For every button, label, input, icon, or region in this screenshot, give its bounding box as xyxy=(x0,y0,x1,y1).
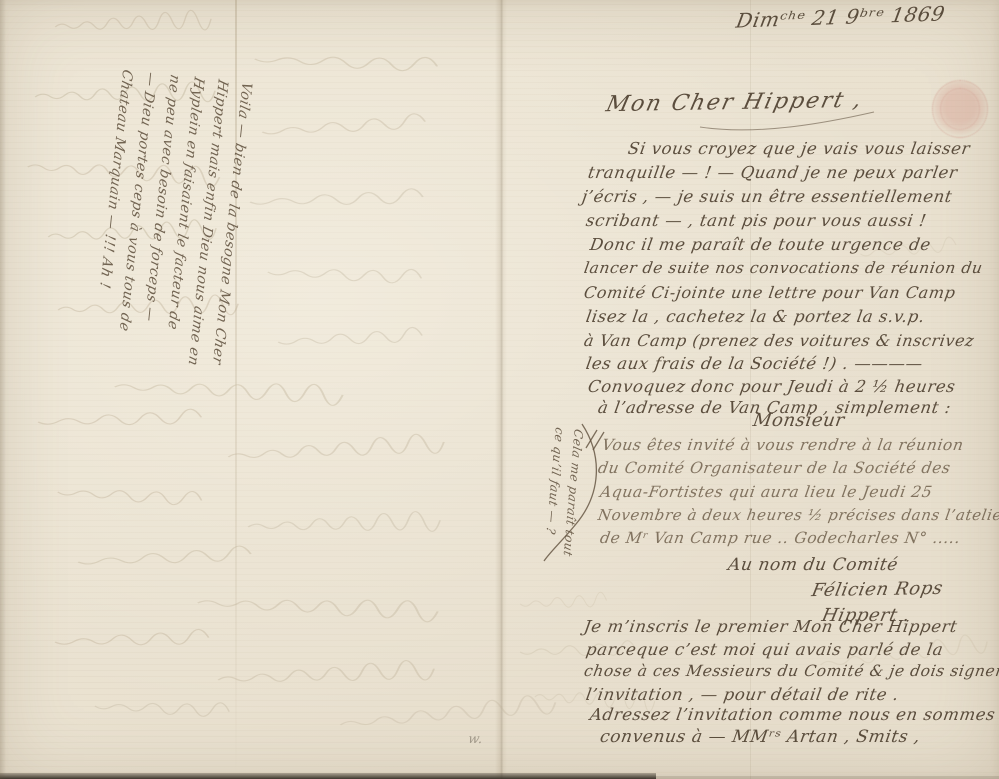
letter-line: à Van Camp (prenez des voitures & inscri… xyxy=(583,332,976,350)
letter-date: Dimᶜʰᵉ 21 9ᵇʳᵉ 1869 xyxy=(734,2,947,32)
letter-line: Si vous croyez que je vais vous laisser xyxy=(626,140,971,159)
letter-line: parceque c’est moi qui avais parlé de la xyxy=(584,641,944,660)
invitation-line: de Mʳ Van Camp rue .. Godecharles N° ...… xyxy=(599,530,962,548)
center-fold-crease xyxy=(495,0,507,779)
margin-note-left: Voila — bien de la besogne Mon Cher Hipp… xyxy=(82,68,259,366)
letter-line: scribant — , tant pis pour vous aussi ! xyxy=(584,212,927,231)
letter-line: convenus à — MMʳˢ Artan , Smits , xyxy=(598,728,921,748)
letter-line: Adressez l’invitation comme nous en somm… xyxy=(588,706,996,725)
letter-line: Donc il me paraît de toute urgence de xyxy=(588,236,932,255)
letter-line: les aux frais de la Société !) . ———— xyxy=(584,355,924,374)
letter-line: Comité Ci-jointe une lettre pour Van Cam… xyxy=(583,284,957,302)
bottom-scan-edge xyxy=(0,773,656,779)
pencil-mark: w. xyxy=(467,733,484,748)
letter-salutation: Mon Cher Hippert , xyxy=(604,88,866,118)
signature-felicien-rops: Félicien Rops xyxy=(810,579,945,602)
letter-line: j’écris , — je suis un être essentiellem… xyxy=(580,188,953,207)
invitation-line: Vous êtes invité à vous rendre à la réun… xyxy=(601,437,965,455)
letter-line: chose à ces Messieurs du Comité & je doi… xyxy=(583,663,999,681)
invitation-heading: Monsieur xyxy=(751,411,846,432)
left-scan-edge xyxy=(0,0,6,779)
invitation-closing: Au nom du Comité xyxy=(726,556,899,576)
letter-line: lisez la , cachetez la & portez la s.v.p… xyxy=(584,308,926,327)
invitation-line: Aqua-Fortistes qui aura lieu le Jeudi 25 xyxy=(599,484,934,502)
invitation-line: Novembre à deux heures ½ précises dans l… xyxy=(597,507,999,524)
letter-line: Je m’inscris le premier Mon Cher Hippert xyxy=(582,618,958,637)
letter-line: tranquille — ! — Quand je ne peux parler xyxy=(586,164,958,183)
invitation-line: du Comité Organisateur de la Société des xyxy=(597,460,952,478)
letter-line: Convoquez donc pour Jeudi à 2 ½ heures xyxy=(586,378,956,397)
letter-scan: Dimᶜʰᵉ 21 9ᵇʳᵉ 1869 Mon Cher Hippert , S… xyxy=(0,0,999,779)
letter-line: l’invitation , — pour détail de rite . xyxy=(584,686,900,705)
red-circular-collection-stamp xyxy=(932,80,988,138)
margin-note-right: Cela me paraît tout ce qu’il faut — ? xyxy=(536,427,587,562)
letter-line: lancer de suite nos convocations de réun… xyxy=(583,260,984,278)
